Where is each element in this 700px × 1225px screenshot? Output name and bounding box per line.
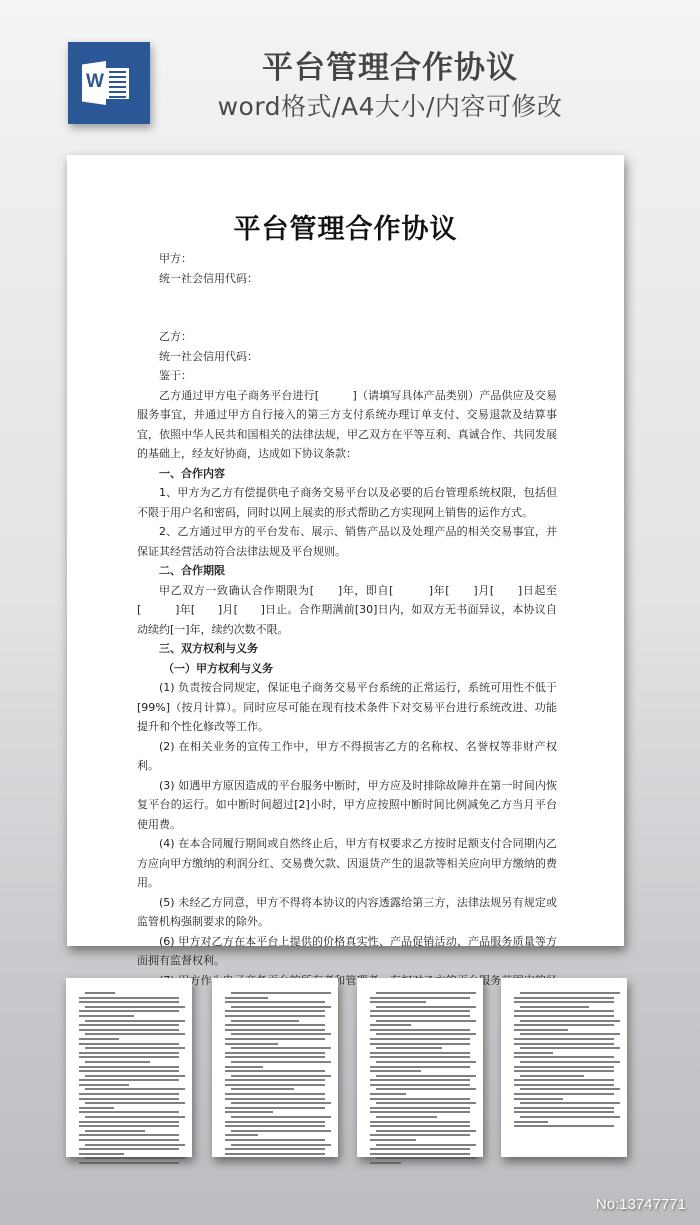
section-heading: 一、合作内容 — [137, 464, 557, 484]
whereas-label: 鉴于： — [137, 366, 557, 386]
subsection-heading: （一）甲方权利与义务 — [137, 659, 557, 679]
clause-paragraph: 1、甲方为乙方有偿提供电子商务交易平台以及必要的后台管理系统权限，包括但不限于用… — [137, 483, 557, 522]
party-b-credit-code: 统一社会信用代码： — [137, 347, 557, 367]
image-id-label: No:13747771 — [596, 1196, 686, 1213]
banner-subtitle: word格式/A4大小/内容可修改 — [150, 87, 630, 123]
preamble-paragraph: 乙方通过甲方电子商务平台进行[ ]（请填写具体产品类别）产品供应及交易服务事宜，… — [137, 386, 557, 464]
doc-lines-icon — [106, 68, 129, 99]
clause-paragraph: (4) 在本合同履行期间或自然终止后，甲方有权要求乙方按时足额支付合同期内乙方应… — [137, 834, 557, 893]
clause-paragraph: (2) 在相关业务的宣传工作中，甲方不得损害乙方的名称权、名誉权等非财产权利。 — [137, 737, 557, 776]
party-b-label: 乙方： — [137, 327, 557, 347]
clause-paragraph: (6) 甲方对乙方在本平台上提供的价格真实性、产品促销活动、产品服务质量等方面拥… — [137, 932, 557, 971]
page-thumbnail — [357, 978, 483, 1157]
clause-paragraph: (1) 负责按合同规定，保证电子商务交易平台系统的正常运行，系统可用性不低于[9… — [137, 678, 557, 737]
banner-header: W 平台管理合作协议 word格式/A4大小/内容可修改 — [0, 0, 700, 150]
document-body: 甲方： 统一社会信用代码： 乙方： 统一社会信用代码： 鉴于： 乙方通过甲方电子… — [137, 249, 557, 1010]
banner-title: 平台管理合作协议 — [195, 42, 585, 87]
page-thumbnail — [501, 978, 627, 1157]
party-a-credit-code: 统一社会信用代码： — [137, 269, 557, 289]
party-a-label: 甲方： — [137, 249, 557, 269]
section-heading: 三、双方权利与义务 — [137, 639, 557, 659]
clause-paragraph: (3) 如遇甲方原因造成的平台服务中断时，甲方应及时排除故障并在第一时间内恢复平… — [137, 776, 557, 835]
word-document-icon: W — [68, 42, 150, 124]
clause-paragraph: 甲乙双方一致确认合作期限为[ ]年，即自[ ]年[ ]月[ ]日起至[ ]年[ … — [137, 581, 557, 640]
section-heading: 二、合作期限 — [137, 561, 557, 581]
document-preview-page: 平台管理合作协议 甲方： 统一社会信用代码： 乙方： 统一社会信用代码： 鉴于：… — [67, 155, 624, 946]
document-title: 平台管理合作协议 — [67, 207, 624, 246]
clause-paragraph: (5) 未经乙方同意，甲方不得将本协议的内容透露给第三方，法律法规另有规定或监管… — [137, 893, 557, 932]
page-thumbnail — [212, 978, 338, 1157]
word-letter: W — [84, 71, 106, 93]
page-thumbnail — [66, 978, 192, 1157]
clause-paragraph: 2、乙方通过甲方的平台发布、展示、销售产品以及处理产品的相关交易事宜，并保证其经… — [137, 522, 557, 561]
clause-paragraph: (7) 甲方作为电子商务平台的所有者和管理者，有权对乙方的平台服务范围内的经营活 — [137, 971, 557, 1010]
